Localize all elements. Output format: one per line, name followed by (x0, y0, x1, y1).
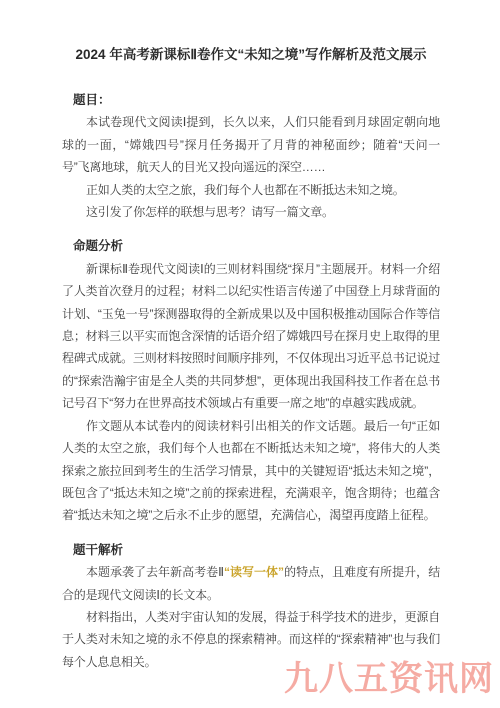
document-page: 2024 年高考新课标Ⅱ卷作文“未知之境”写作解析及范文展示 题目： 本试卷现代… (0, 0, 500, 708)
stem-paragraph-1-prefix: 本题承袭了去年新高考卷Ⅱ (86, 565, 224, 579)
topic-heading: 题目： (73, 89, 440, 111)
topic-paragraph-2: 正如人类的太空之旅，我们每个人也都在不断抵达未知之境。 (62, 179, 440, 201)
section-proposition-analysis: 命题分析 新课标Ⅱ卷现代文阅读Ⅰ的三则材料围绕“探月”主题展开。材料一介绍了人类… (62, 235, 440, 526)
proposition-heading: 命题分析 (73, 235, 440, 257)
proposition-paragraph-1: 新课标Ⅱ卷现代文阅读Ⅰ的三则材料围绕“探月”主题展开。材料一介绍了人类首次登月的… (62, 258, 440, 415)
section-topic: 题目： 本试卷现代文阅读Ⅰ提到，长久以来，人们只能看到月球固定朝向地球的一面，“… (62, 89, 440, 223)
stem-paragraph-1: 本题承袭了去年新高考卷Ⅱ“读写一体”的特点，且难度有所提升，结合的是现代文阅读Ⅰ… (62, 561, 440, 606)
stem-heading: 题干解析 (73, 539, 440, 561)
page-title: 2024 年高考新课标Ⅱ卷作文“未知之境”写作解析及范文展示 (62, 45, 440, 65)
stem-paragraph-1-highlight: “读写一体” (224, 565, 284, 579)
topic-paragraph-3: 这引发了你怎样的联想与思考？请写一篇文章。 (62, 201, 440, 223)
watermark-logo: 九八五资讯网 (284, 651, 494, 700)
topic-paragraph-1: 本试卷现代文阅读Ⅰ提到，长久以来，人们只能看到月球固定朝向地球的一面，“嫦娥四号… (62, 111, 440, 178)
proposition-paragraph-2: 作文题从本试卷内的阅读材料引出相关的作文话题。最后一句“正如人类的太空之旅，我们… (62, 415, 440, 527)
